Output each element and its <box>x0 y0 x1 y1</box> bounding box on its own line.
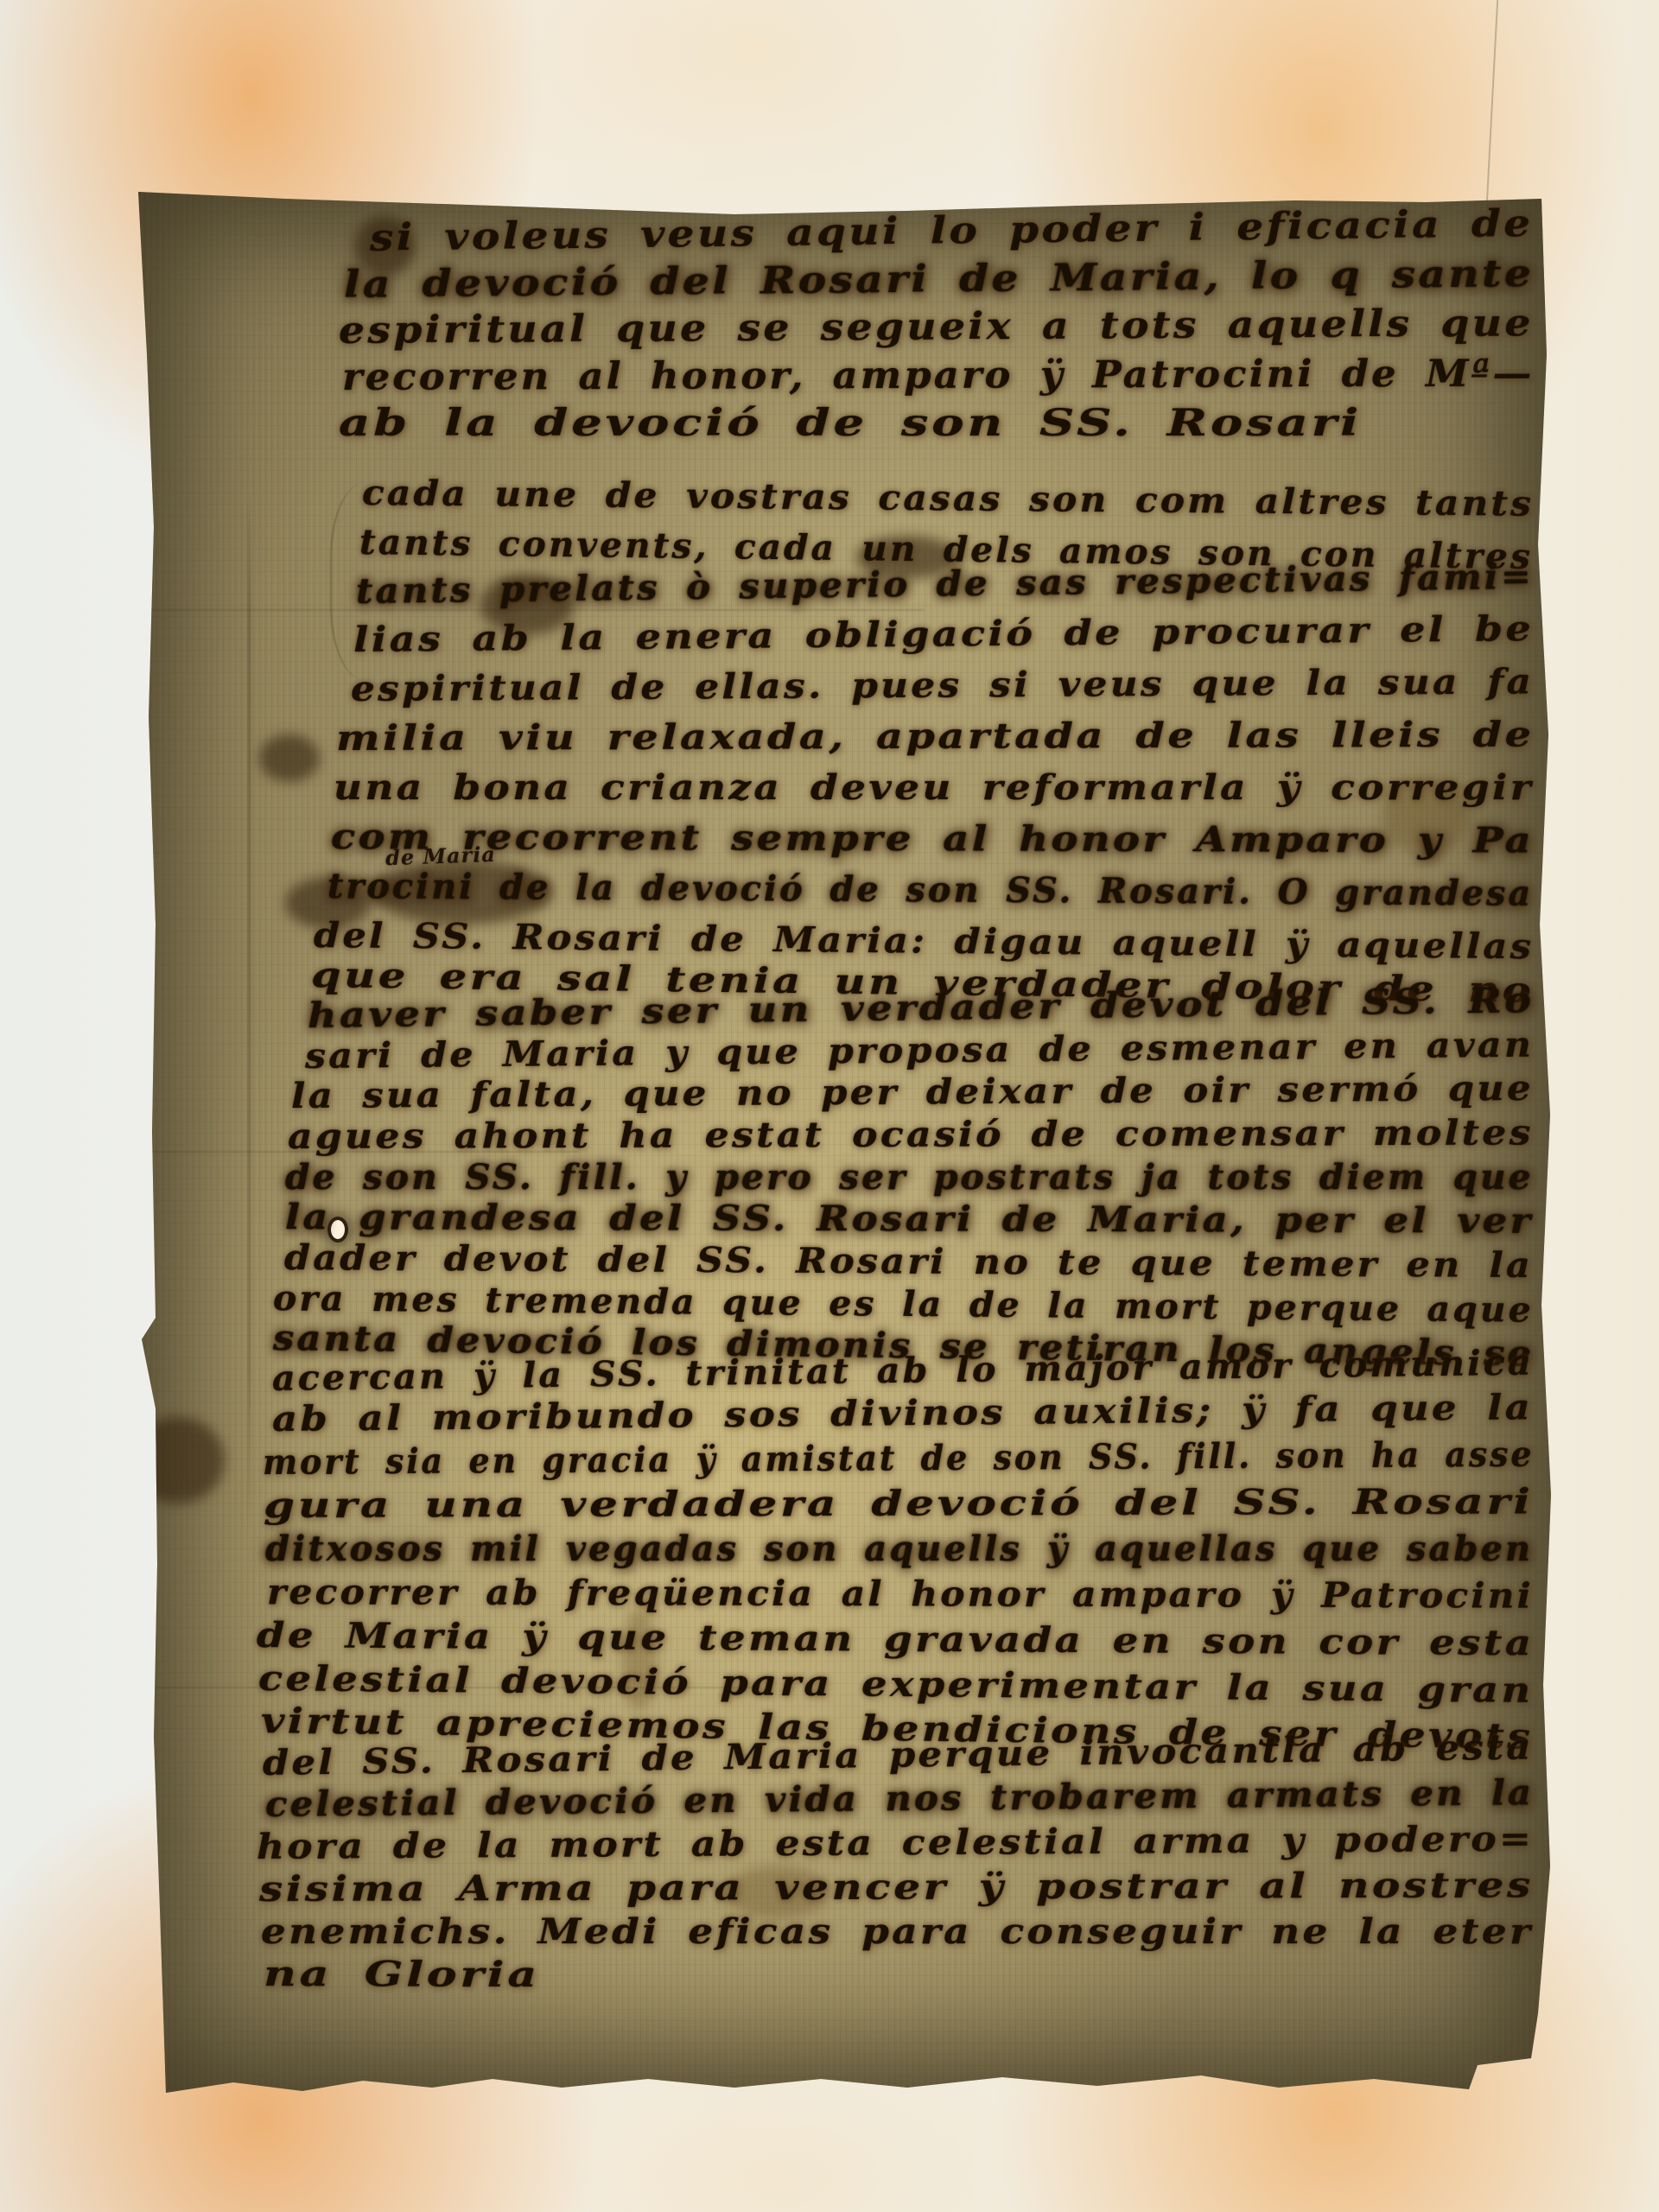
manuscript-line: una bona crianza deveu reformarla ÿ corr… <box>334 771 1534 805</box>
manuscript-line: espiritual de ellas. pues si veus que la… <box>351 664 1534 707</box>
manuscript-line: com recorrent sempre al honor Amparo y P… <box>331 820 1534 858</box>
manuscript-line: tants prelats ò superio de sas respectiv… <box>356 560 1534 609</box>
manuscript-line: de son SS. fill. y pero ser postrats ja … <box>285 1160 1534 1195</box>
manuscript-line: mort sia en gracia ÿ amistat de son SS. … <box>263 1438 1535 1480</box>
manuscript-text-layer: si voleus veus aqui lo poder i eficacia … <box>130 181 1555 2100</box>
manuscript-line: celestial devoció en vida nos trobarem a… <box>265 1776 1535 1822</box>
manuscript-line: recorrer ab freqüencia al honor amparo ÿ… <box>267 1575 1534 1614</box>
manuscript-line: hora de la mort ab esta celestial arma y… <box>257 1822 1534 1865</box>
manuscript-line: la sua falta, que no per deixar de oir s… <box>291 1071 1534 1114</box>
manuscript-line: dader devot del SS. Rosari no te que tem… <box>284 1241 1533 1283</box>
manuscript-line: ab al moribundo sos divinos auxilis; ÿ f… <box>272 1390 1534 1437</box>
manuscript-line: sari de Maria y que proposa de esmenar e… <box>305 1028 1534 1074</box>
manuscript-line: enemichs. Medi eficas para conseguir ne … <box>261 1915 1533 1949</box>
manuscript-line: celestial devoció para experimentar la s… <box>258 1662 1534 1708</box>
manuscript-line: ditxosos mil vegadas son aquells ÿ aquel… <box>265 1532 1533 1567</box>
manuscript-line: na Gloria <box>264 1957 540 1993</box>
manuscript-line: lias ab la enera obligació de procurar e… <box>353 612 1535 658</box>
manuscript-line: de Maria ÿ que teman gravada en son cor … <box>257 1618 1535 1661</box>
manuscript-line: ab la devoció de son SS. Rosari <box>339 405 1362 442</box>
backlit-manuscript-photo: si voleus veus aqui lo poder i eficacia … <box>0 0 1659 2212</box>
manuscript-line: si voleus veus aqui lo poder i eficacia … <box>370 206 1534 257</box>
manuscript-line: recorren al honor, amparo ÿ Patrocini de… <box>342 356 1535 397</box>
manuscript-line: trocini de la devoció de son SS. Rosari.… <box>327 869 1534 912</box>
manuscript-paper: si voleus veus aqui lo poder i eficacia … <box>130 181 1555 2100</box>
manuscript-line: la grandesa del SS. Rosari de Maria, per… <box>285 1200 1534 1239</box>
manuscript-line: gura una verdadera devoció del SS. Rosar… <box>264 1484 1534 1523</box>
manuscript-line: sisima Arma para vencer ÿ postrar al nos… <box>259 1868 1534 1907</box>
manuscript-line: agues ahont ha estat ocasió de comensar … <box>288 1116 1534 1154</box>
manuscript-line: milia viu relaxada, apartada de las llei… <box>336 718 1535 756</box>
manuscript-line: espiritual que se segueix a tots aquells… <box>339 305 1534 350</box>
manuscript-line: cada une de vostras casas son com altres… <box>362 476 1534 522</box>
manuscript-line: la devoció del Rosari de Maria, lo q san… <box>344 256 1535 304</box>
interlinear-insertion: de Maria <box>385 842 497 870</box>
